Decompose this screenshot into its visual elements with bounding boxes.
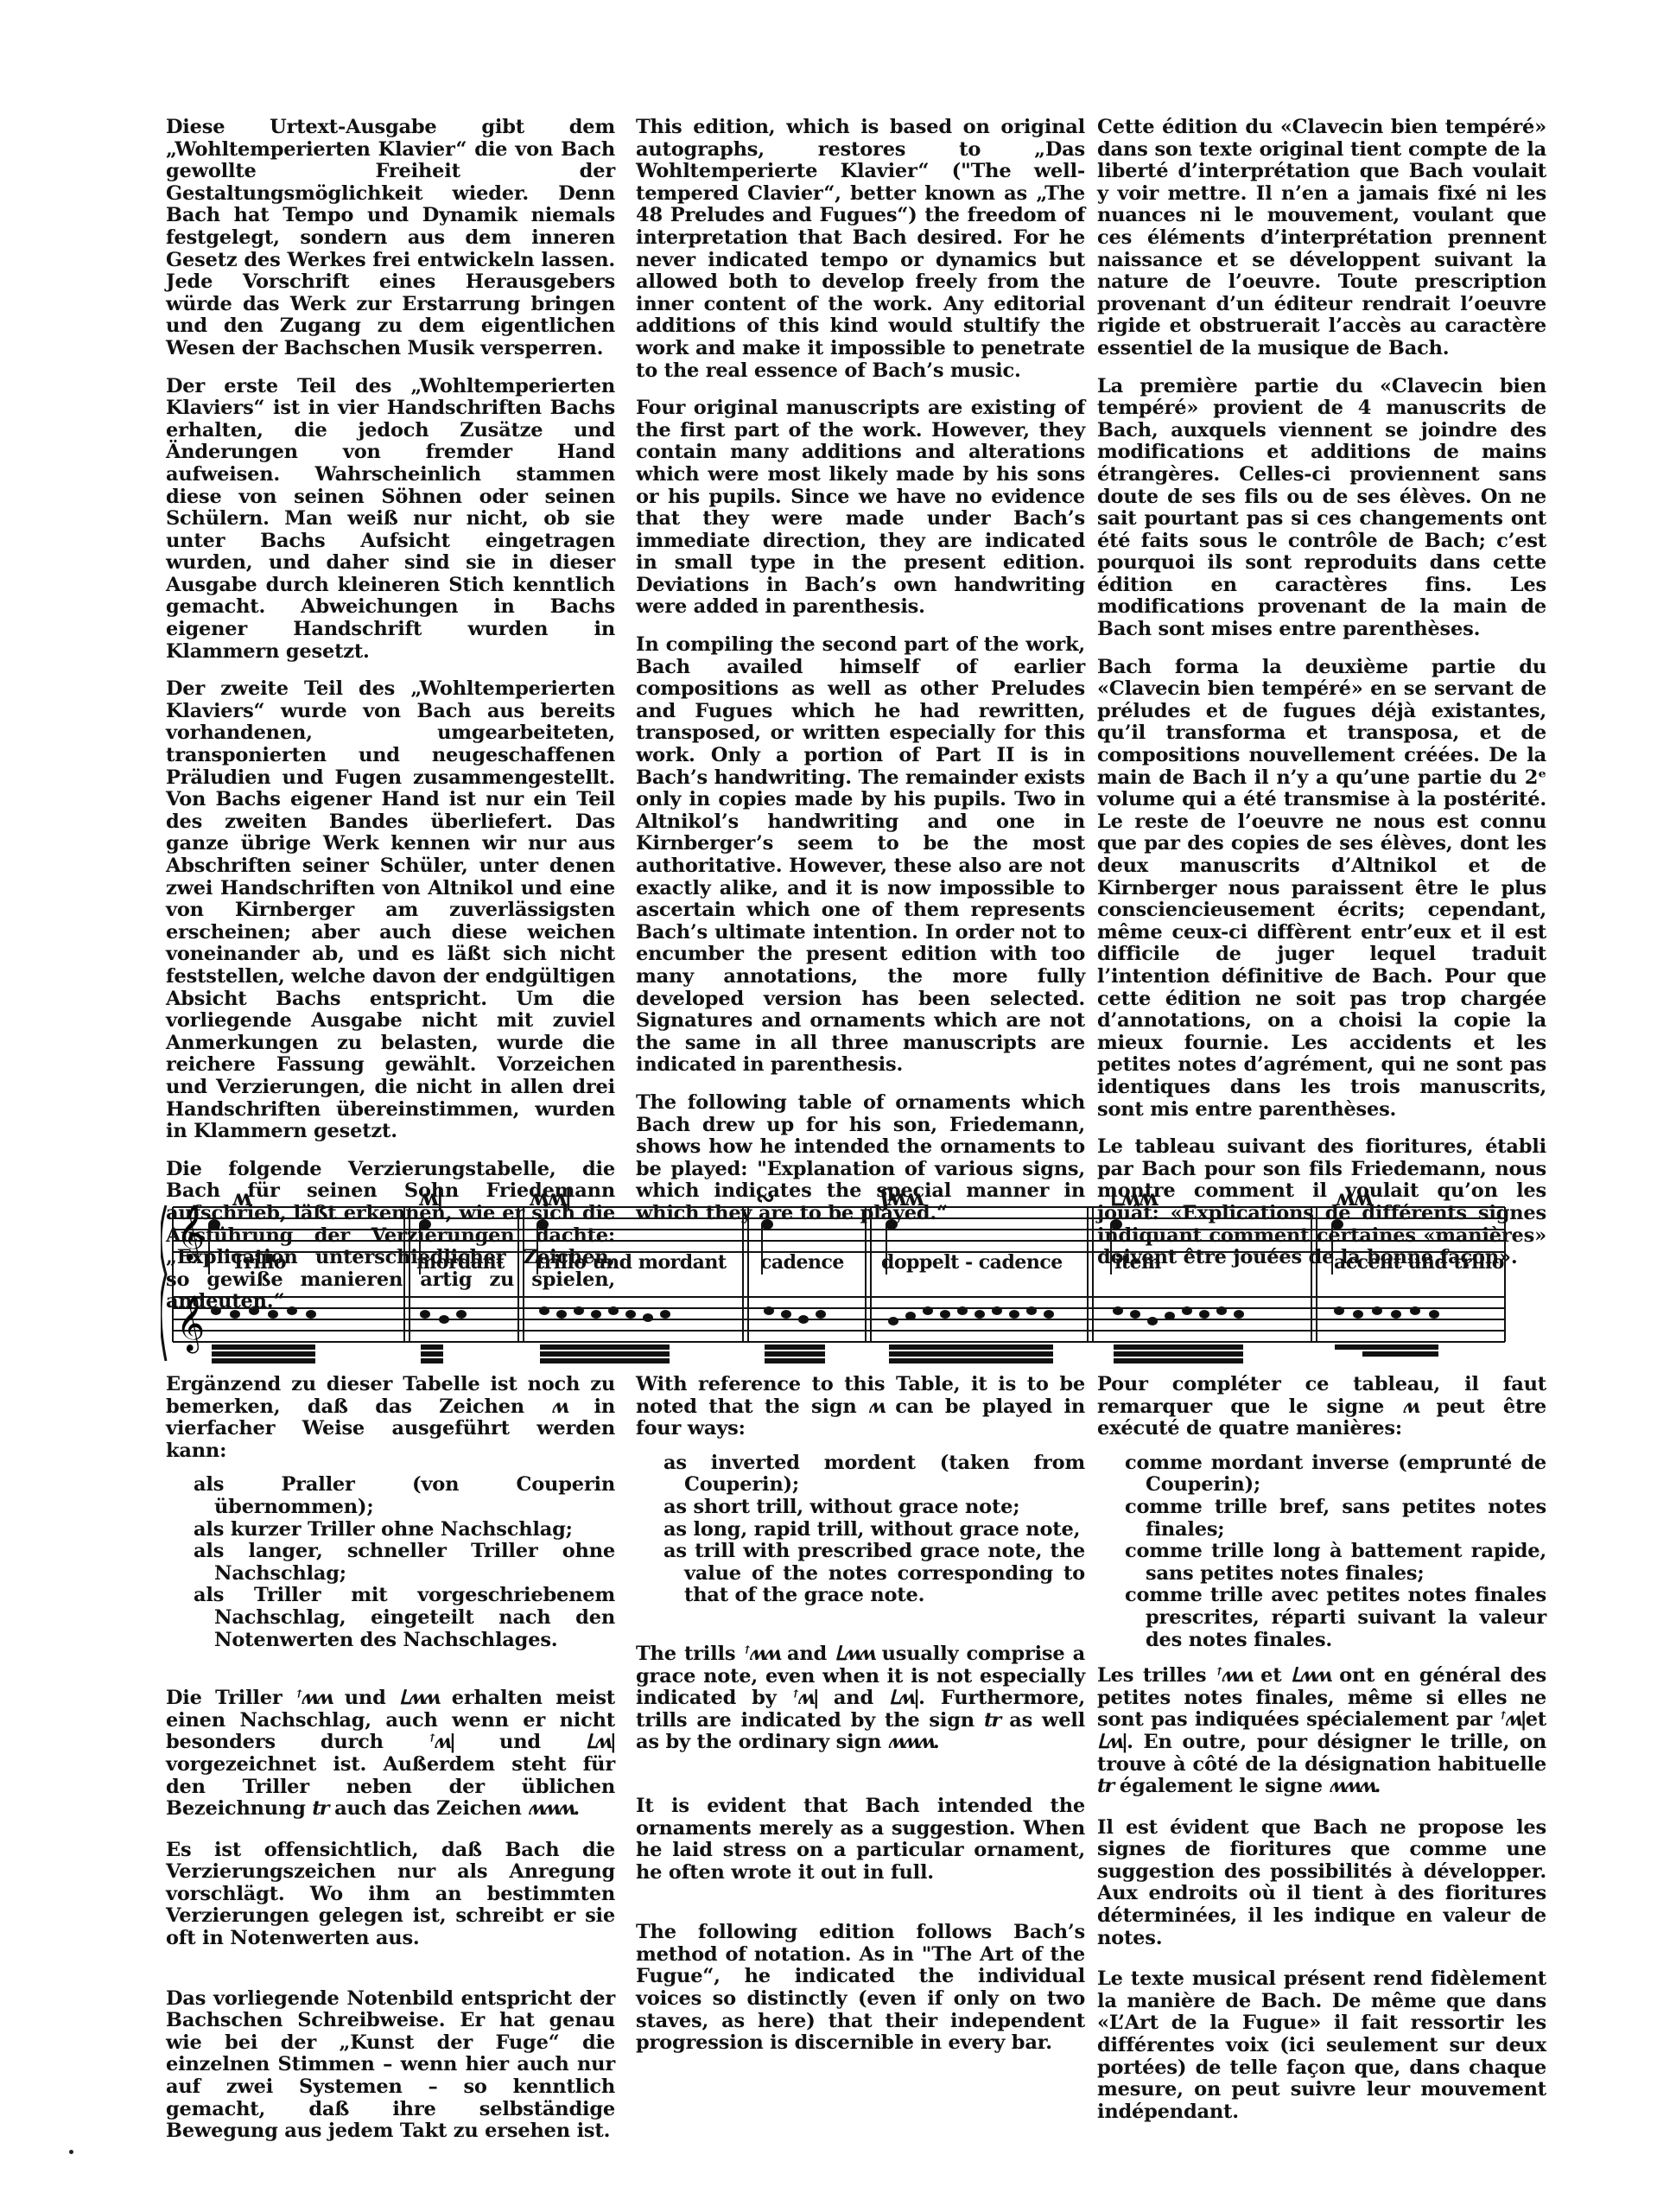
fr-trills-paragraph: Les trilles ꜛʍʍ et ᒪʍʍ ont en général de… <box>1097 1665 1546 1798</box>
list-item: as long, rapid trill, without grace note… <box>657 1519 1085 1541</box>
cadence-sign-icon: ∾ <box>756 1185 772 1211</box>
list-item: as trill with prescribed grace note, the… <box>657 1541 1085 1607</box>
document-page: Diese Urtext-Ausgabe gibt dem „Wohltempe… <box>0 0 1676 2212</box>
en-first-part-paragraph: Four original manuscripts are existing o… <box>636 397 1085 619</box>
ornament-label-cadence: cadence <box>760 1251 844 1274</box>
long-trill-icon: ʍʍʍ <box>528 1798 573 1821</box>
en-sign-paragraph: With reference to this Table, it is to b… <box>636 1374 1085 1440</box>
list-item: als kurzer Triller ohne Nachschlag; <box>187 1519 615 1541</box>
list-item: comme mordant inverse (emprunté de Coupe… <box>1118 1452 1546 1497</box>
en-notation-paragraph: The following edition follows Bach’s met… <box>636 1922 1085 2055</box>
en-suggestion-paragraph: It is evident that Bach intended the orn… <box>636 1796 1085 1884</box>
english-column: This edition, which is based on original… <box>636 117 1085 1225</box>
trillo-und-mordant-sign-icon: ʍʍ| <box>529 1185 570 1211</box>
fr-notation-paragraph: Le texte musical présent rend fidèlement… <box>1097 1968 1546 2123</box>
mordent-sign-icon: ʍ <box>1403 1396 1418 1419</box>
tr-sign-icon: tr <box>312 1798 327 1821</box>
svg-text:𝄞: 𝄞 <box>176 1295 205 1353</box>
mordent-sign-icon: ʍ <box>552 1396 567 1419</box>
de-first-part-paragraph: Der erste Teil des „Wohltemperierten Kla… <box>166 376 615 664</box>
list-item: as inverted mordent (taken from Couperin… <box>657 1452 1085 1497</box>
de-intro-paragraph: Diese Urtext-Ausgabe gibt dem „Wohltempe… <box>166 117 615 360</box>
german-column-lower: Ergänzend zu dieser Tabelle ist noch zu … <box>166 1374 615 2143</box>
tr-sign-icon: tr <box>984 1710 1000 1732</box>
item-sign-icon: ᒪʍʍ <box>1110 1185 1156 1211</box>
trill-below-grace-icon: ꜛʍ| <box>792 1688 818 1710</box>
svg-text:𝄞: 𝄞 <box>176 1205 205 1262</box>
en-intro-paragraph: This edition, which is based on original… <box>636 117 1085 382</box>
trill-from-below-icon: ꜛʍʍ <box>743 1643 778 1666</box>
de-trills-paragraph: Die Triller ꜛʍʍ und ᒪʍʍ erhalten meist e… <box>166 1688 615 1821</box>
ornament-label-doppelt-cadence: doppelt - cadence <box>881 1251 1063 1274</box>
trillo-sign-icon: ʍ <box>232 1185 250 1211</box>
trill-from-above-icon: ᒪʍʍ <box>399 1688 438 1710</box>
accent-und-trillo-sign-icon: ʍʍ <box>1335 1185 1370 1211</box>
de-second-part-paragraph: Der zweite Teil des „Wohltemperierten Kl… <box>166 678 615 1142</box>
scan-speck <box>69 2150 73 2154</box>
list-item: as short trill, without grace note; <box>657 1497 1085 1519</box>
ornament-label-trillo: Trillo <box>232 1251 286 1274</box>
fr-suggestion-paragraph: Il est évident que Bach ne propose les s… <box>1097 1817 1546 1950</box>
long-trill-icon: ʍʍʍ <box>888 1732 933 1754</box>
fr-first-part-paragraph: La première partie du «Clavecin bien tem… <box>1097 376 1546 641</box>
ornament-label-item: item <box>1114 1251 1161 1274</box>
french-column: Cette édition du «Clavecin bien tempéré»… <box>1097 117 1546 1269</box>
list-item: comme trille avec petites notes finales … <box>1118 1585 1546 1651</box>
list-item: comme trille long à battement rapide, sa… <box>1118 1541 1546 1585</box>
trill-from-above-icon: ᒪʍʍ <box>1291 1665 1330 1688</box>
de-suggestion-paragraph: Es ist offensichtlich, daß Bach die Verz… <box>166 1840 615 1950</box>
ornament-label-trillo-und-mordant: trillo und mordant <box>536 1251 727 1274</box>
fr-sign-paragraph: Pour compléter ce tableau, il faut remar… <box>1097 1374 1546 1440</box>
tr-sign-icon: tr <box>1097 1776 1113 1798</box>
trill-below-grace-icon: ꜛʍ| <box>429 1732 454 1754</box>
trill-from-below-icon: ꜛʍʍ <box>1216 1665 1251 1688</box>
fr-second-part-paragraph: Bach forma la deuxième partie du «Clavec… <box>1097 657 1546 1121</box>
ornament-label-mordant: mordant <box>416 1251 505 1274</box>
trill-above-grace-icon: ᒪʍ| <box>889 1688 918 1710</box>
list-item: als Praller (von Couperin übernommen); <box>187 1474 615 1518</box>
doppelt-cadence-sign-icon: ʃʍʍ <box>881 1185 922 1211</box>
trill-above-grace-icon: ᒪʍ| <box>1097 1732 1127 1754</box>
staff-lines-graphic: 𝄞 𝄞 <box>161 1188 1508 1370</box>
trill-below-grace-icon: ꜛʍ| <box>1499 1709 1525 1732</box>
french-column-lower: Pour compléter ce tableau, il faut remar… <box>1097 1374 1546 2123</box>
fr-intro-paragraph: Cette édition du «Clavecin bien tempéré»… <box>1097 117 1546 360</box>
list-item: als Triller mit vorgeschriebenem Nachsch… <box>187 1585 615 1651</box>
german-column: Diese Urtext-Ausgabe gibt dem „Wohltempe… <box>166 117 615 1313</box>
trill-above-grace-icon: ᒪʍ| <box>586 1732 615 1754</box>
de-ways-list: als Praller (von Couperin übernommen); a… <box>166 1474 615 1651</box>
fr-ways-list: comme mordant inverse (emprunté de Coupe… <box>1097 1452 1546 1651</box>
en-trills-paragraph: The trills ꜛʍʍ and ᒪʍʍ usually comprise … <box>636 1643 1085 1754</box>
english-column-lower: With reference to this Table, it is to b… <box>636 1374 1085 2055</box>
en-second-part-paragraph: In compiling the second part of the work… <box>636 634 1085 1077</box>
long-trill-icon: ʍʍʍ <box>1329 1776 1374 1798</box>
en-ways-list: as inverted mordent (taken from Couperin… <box>636 1452 1085 1607</box>
trill-from-above-icon: ᒪʍʍ <box>835 1643 873 1666</box>
ornament-label-accent-und-trillo: accent und trillo <box>1334 1251 1504 1274</box>
de-notation-paragraph: Das vorliegende Notenbild entspricht der… <box>166 1988 615 2143</box>
mordant-sign-icon: ʍ| <box>418 1185 441 1211</box>
list-item: als langer, schneller Triller ohne Nachs… <box>187 1541 615 1585</box>
trill-from-below-icon: ꜛʍʍ <box>295 1688 331 1710</box>
ornament-table-score: 𝄞 𝄞 <box>161 1188 1508 1370</box>
list-item: comme trille bref, sans petites notes fi… <box>1118 1497 1546 1541</box>
de-sign-paragraph: Ergänzend zu dieser Tabelle ist noch zu … <box>166 1374 615 1462</box>
mordent-sign-icon: ʍ <box>868 1396 883 1419</box>
